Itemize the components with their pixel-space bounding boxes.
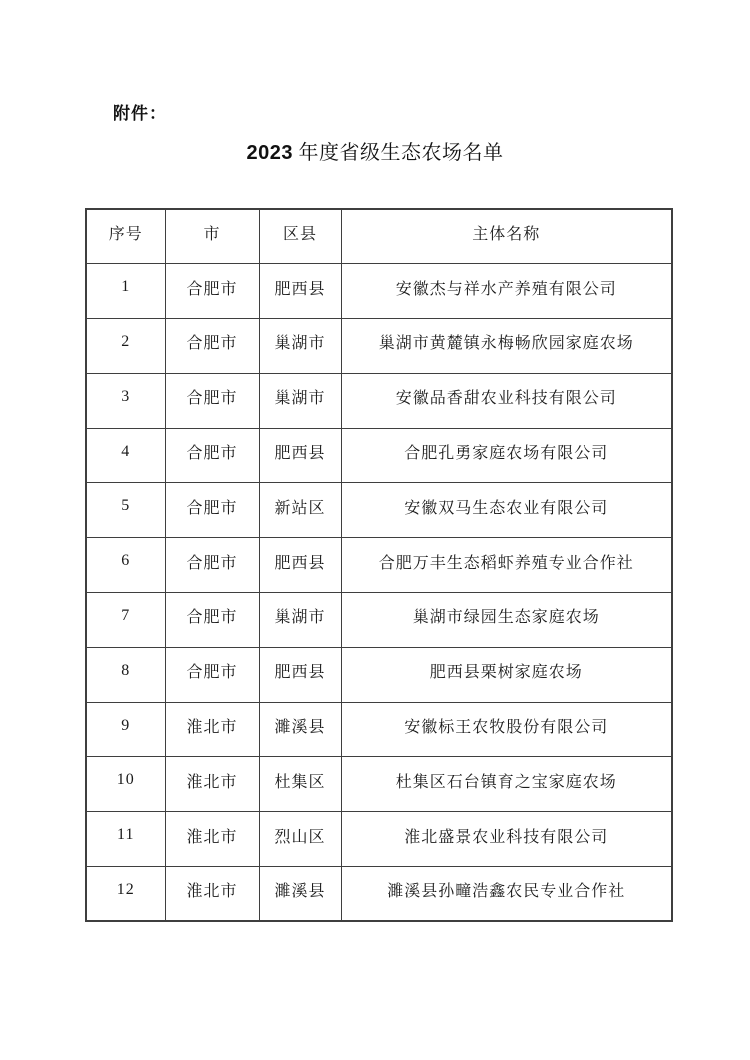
header-entity-name: 主体名称 [341,209,672,264]
cell-serial-number: 3 [86,373,165,428]
cell-district: 肥西县 [259,538,341,593]
cell-city: 合肥市 [165,319,259,374]
cell-district: 巢湖市 [259,593,341,648]
cell-serial-number: 12 [86,867,165,922]
cell-city: 合肥市 [165,593,259,648]
table-row: 10淮北市杜集区杜集区石台镇育之宝家庭农场 [86,757,672,812]
cell-entity-name: 安徽标王农牧股份有限公司 [341,702,672,757]
cell-district: 濉溪县 [259,867,341,922]
table-header-row: 序号 市 区县 主体名称 [86,209,672,264]
table-row: 7合肥市巢湖市巢湖市绿园生态家庭农场 [86,593,672,648]
table-row: 1合肥市肥西县安徽杰与祥水产养殖有限公司 [86,264,672,319]
header-city: 市 [165,209,259,264]
cell-entity-name: 肥西县栗树家庭农场 [341,647,672,702]
cell-district: 新站区 [259,483,341,538]
farm-list-table: 序号 市 区县 主体名称 1合肥市肥西县安徽杰与祥水产养殖有限公司2合肥市巢湖市… [85,208,673,922]
cell-city: 合肥市 [165,373,259,428]
table-row: 5合肥市新站区安徽双马生态农业有限公司 [86,483,672,538]
cell-entity-name: 合肥孔勇家庭农场有限公司 [341,428,672,483]
cell-city: 合肥市 [165,264,259,319]
cell-city: 淮北市 [165,702,259,757]
cell-entity-name: 安徽杰与祥水产养殖有限公司 [341,264,672,319]
table-body: 1合肥市肥西县安徽杰与祥水产养殖有限公司2合肥市巢湖市巢湖市黄麓镇永梅畅欣园家庭… [86,264,672,922]
cell-serial-number: 9 [86,702,165,757]
cell-entity-name: 濉溪县孙疃浩鑫农民专业合作社 [341,867,672,922]
cell-serial-number: 1 [86,264,165,319]
table-row: 9淮北市濉溪县安徽标王农牧股份有限公司 [86,702,672,757]
cell-district: 肥西县 [259,647,341,702]
cell-city: 合肥市 [165,538,259,593]
document-page: { "page": { "attachment_label": "附件：", "… [0,0,750,1060]
cell-serial-number: 11 [86,812,165,867]
page-title: 2023 年度省级生态农场名单 [0,136,750,165]
cell-serial-number: 2 [86,319,165,374]
cell-entity-name: 杜集区石台镇育之宝家庭农场 [341,757,672,812]
table-row: 3合肥市巢湖市安徽品香甜农业科技有限公司 [86,373,672,428]
cell-city: 淮北市 [165,757,259,812]
page-title-text: 年度省级生态农场名单 [299,142,504,164]
table-row: 6合肥市肥西县合肥万丰生态稻虾养殖专业合作社 [86,538,672,593]
cell-district: 肥西县 [259,428,341,483]
attachment-label: 附件： [113,99,167,124]
cell-entity-name: 巢湖市绿园生态家庭农场 [341,593,672,648]
cell-district: 巢湖市 [259,373,341,428]
cell-district: 肥西县 [259,264,341,319]
cell-district: 杜集区 [259,757,341,812]
cell-district: 烈山区 [259,812,341,867]
cell-entity-name: 淮北盛景农业科技有限公司 [341,812,672,867]
cell-serial-number: 5 [86,483,165,538]
cell-serial-number: 7 [86,593,165,648]
header-serial-number: 序号 [86,209,165,264]
cell-serial-number: 4 [86,428,165,483]
cell-entity-name: 合肥万丰生态稻虾养殖专业合作社 [341,538,672,593]
cell-serial-number: 8 [86,647,165,702]
table-row: 11淮北市烈山区淮北盛景农业科技有限公司 [86,812,672,867]
cell-district: 巢湖市 [259,319,341,374]
cell-entity-name: 安徽品香甜农业科技有限公司 [341,373,672,428]
cell-serial-number: 6 [86,538,165,593]
cell-entity-name: 巢湖市黄麓镇永梅畅欣园家庭农场 [341,319,672,374]
table-row: 4合肥市肥西县合肥孔勇家庭农场有限公司 [86,428,672,483]
cell-city: 合肥市 [165,647,259,702]
table-row: 12淮北市濉溪县濉溪县孙疃浩鑫农民专业合作社 [86,867,672,922]
cell-entity-name: 安徽双马生态农业有限公司 [341,483,672,538]
cell-district: 濉溪县 [259,702,341,757]
cell-city: 合肥市 [165,428,259,483]
table-row: 8合肥市肥西县肥西县栗树家庭农场 [86,647,672,702]
page-title-year: 2023 [247,142,294,164]
cell-serial-number: 10 [86,757,165,812]
table-row: 2合肥市巢湖市巢湖市黄麓镇永梅畅欣园家庭农场 [86,319,672,374]
cell-city: 淮北市 [165,867,259,922]
header-district: 区县 [259,209,341,264]
cell-city: 合肥市 [165,483,259,538]
cell-city: 淮北市 [165,812,259,867]
